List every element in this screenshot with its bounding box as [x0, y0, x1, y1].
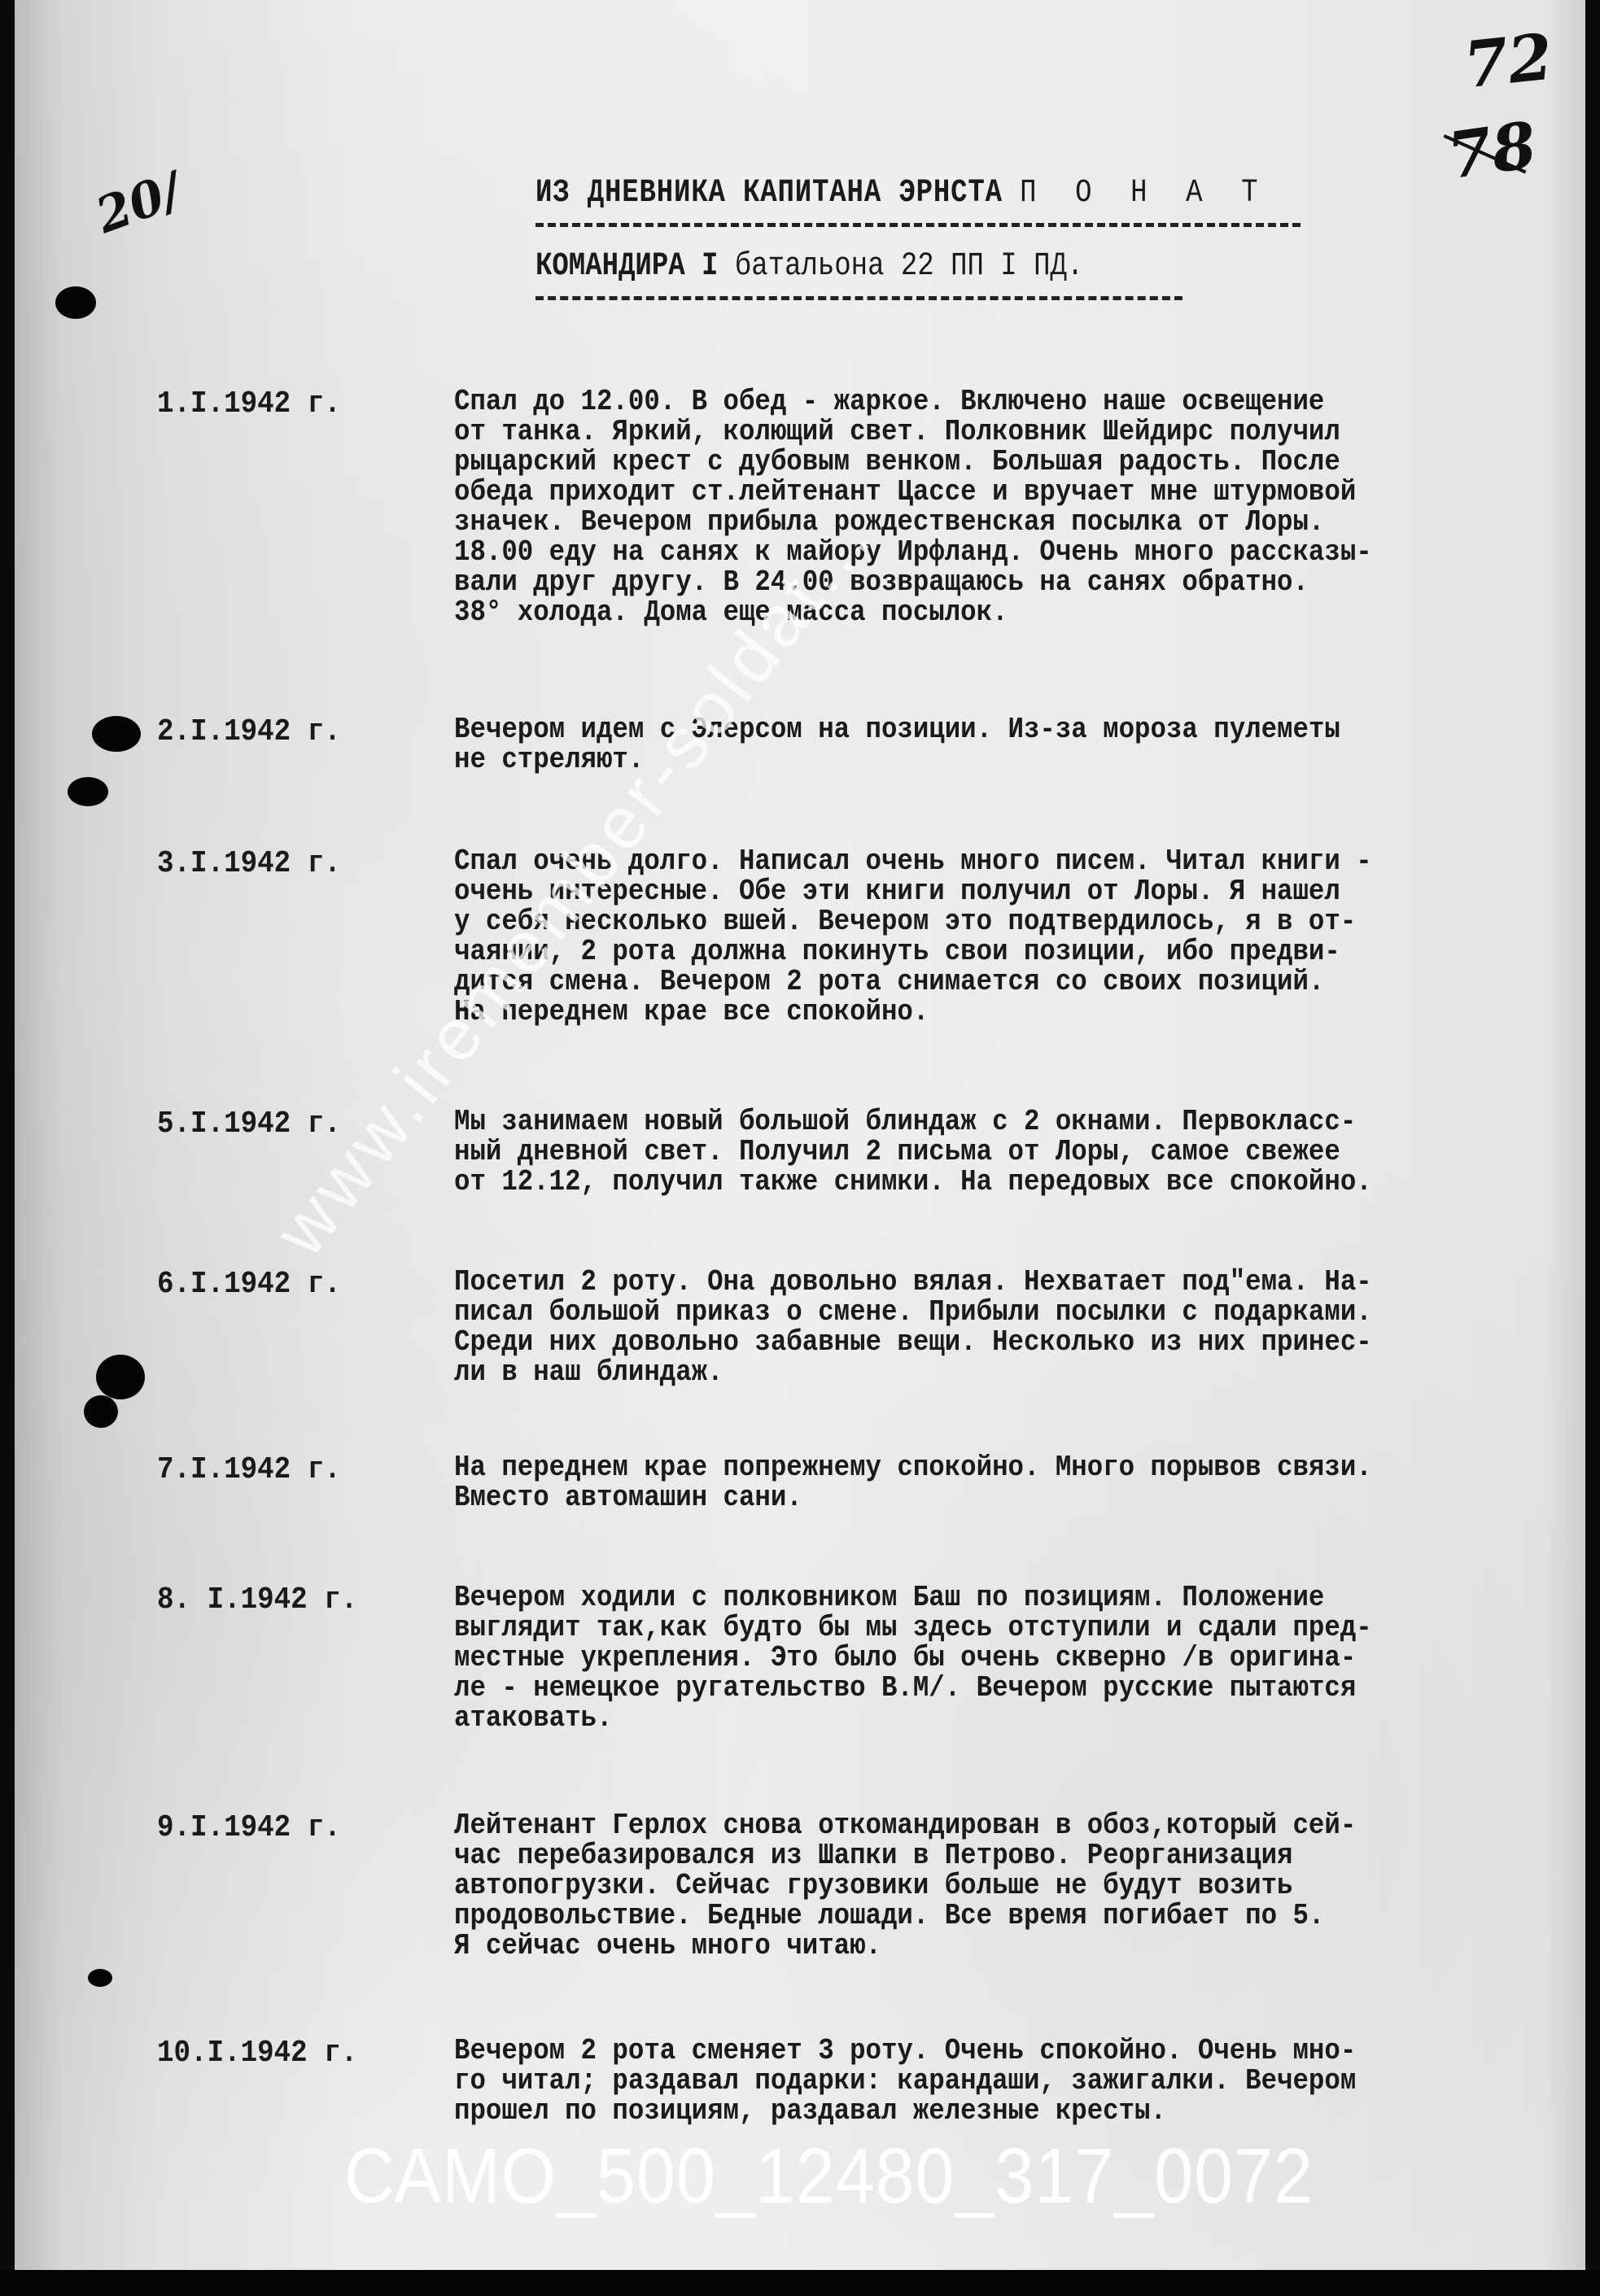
punch-hole: [55, 286, 96, 319]
punch-hole: [84, 1395, 118, 1428]
entry-text: Вечером идем с Элерсом на позиции. Из-за…: [454, 714, 1465, 775]
header-subtitle-rank: КОМАНДИРА I: [536, 248, 718, 285]
entry-text: Вечером ходили с полковником Баш по пози…: [454, 1582, 1465, 1733]
entry-date: 1.I.1942 г.: [157, 386, 341, 421]
entry-date: 2.I.1942 г.: [157, 714, 341, 749]
header-divider: [536, 296, 1183, 300]
document-page: 72 78 20/ ИЗ ДНЕВНИКА КАПИТАНА ЭРНСТА П …: [15, 0, 1585, 2270]
entry-date: 3.I.1942 г.: [157, 846, 341, 881]
folio-number-struck: 78: [1444, 108, 1541, 194]
entry-text: Вечером 2 рота сменяет 3 роту. Очень спо…: [454, 2036, 1465, 2126]
scan-right-border: [1585, 0, 1600, 2296]
punch-hole: [88, 1969, 112, 1987]
entry-text: Спал до 12.00. В обед - жаркое. Включено…: [454, 386, 1465, 627]
punch-hole: [96, 1355, 145, 1399]
entry-text: Мы занимаем новый большой блиндаж с 2 ок…: [454, 1107, 1465, 1197]
entry-text: На переднем крае попрежнему спокойно. Мн…: [454, 1452, 1465, 1512]
folio-number: 72: [1461, 20, 1556, 103]
header-title: ИЗ ДНЕВНИКА КАПИТАНА ЭРНСТА П О Н А Т: [536, 175, 1269, 212]
entry-date: 5.I.1942 г.: [157, 1107, 341, 1141]
scan-left-border: [0, 0, 15, 2296]
margin-note: 20/: [89, 162, 189, 245]
entry-date: 10.I.1942 г.: [157, 2036, 357, 2071]
entry-date: 7.I.1942 г.: [157, 1452, 341, 1487]
archive-reference-watermark: САМО_500_12480_317_0072: [344, 2132, 1314, 2221]
entry-date: 9.I.1942 г.: [157, 1810, 341, 1845]
header-subtitle-unit: батальона 22 ПП I ПД.: [735, 248, 1083, 285]
punch-hole: [68, 777, 108, 806]
punch-hole: [92, 716, 141, 752]
header-surname: П О Н А Т: [1020, 175, 1269, 212]
header-subtitle: КОМАНДИРА I батальона 22 ПП I ПД.: [536, 248, 1269, 285]
header-title-prefix: ИЗ ДНЕВНИКА КАПИТАНА ЭРНСТА: [536, 175, 1003, 212]
scan-bottom-border: [0, 2270, 1600, 2296]
entry-text: Посетил 2 роту. Она довольно вялая. Нехв…: [454, 1267, 1465, 1387]
entry-text: Лейтенант Герлох снова откомандирован в …: [454, 1810, 1465, 1961]
entry-date: 8. I.1942 г.: [157, 1582, 357, 1617]
document-header: ИЗ ДНЕВНИКА КАПИТАНА ЭРНСТА П О Н А Т КО…: [536, 175, 1398, 300]
header-divider: [536, 223, 1301, 227]
entry-date: 6.I.1942 г.: [157, 1267, 341, 1302]
